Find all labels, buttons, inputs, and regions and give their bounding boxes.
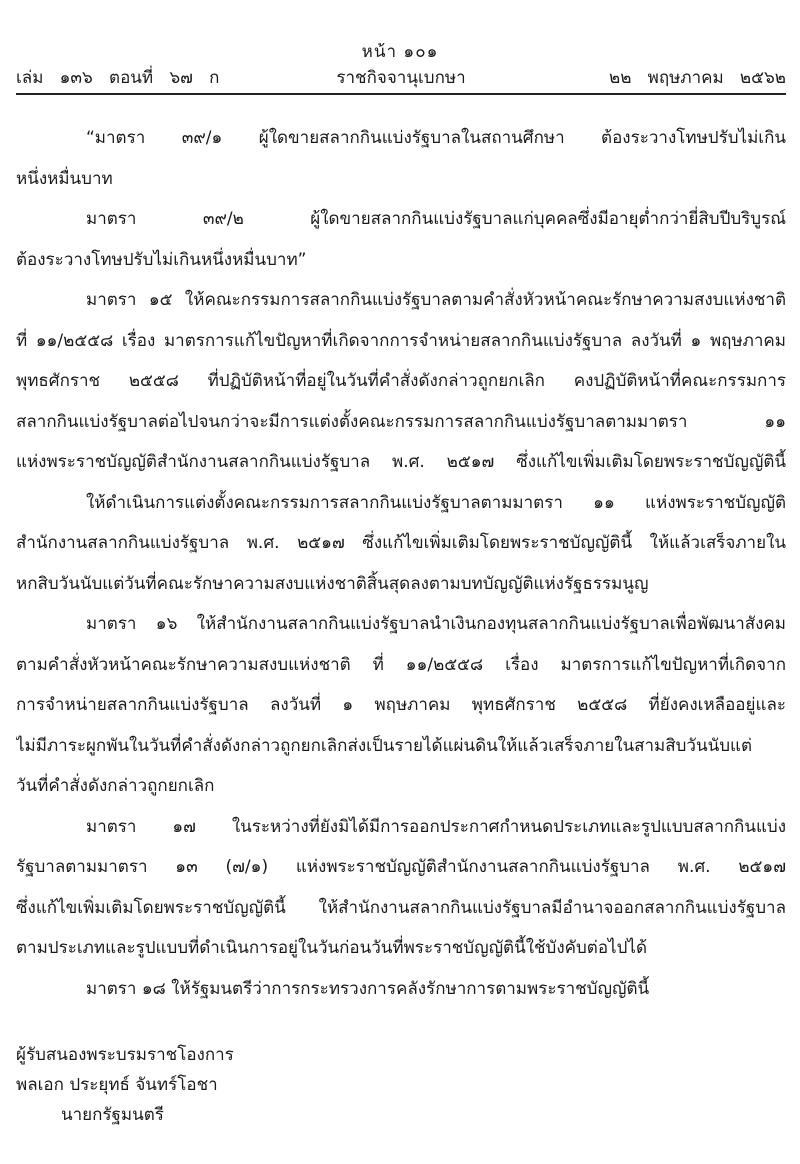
body-line: สำนักงานสลากกินแบ่งรัฐบาล พ.ศ. ๒๕๑๗ ซึ่ง… [16,523,786,564]
body-line: ที่ ๑๑/๒๕๕๘ เรื่อง มาตรการแก้ไขปัญหาที่เ… [16,321,786,362]
body-line: พุทธศักราช ๒๕๕๘ ที่ปฏิบัติหน้าที่อยู่ในว… [16,361,786,402]
body-line: รัฐบาลตามมาตรา ๑๓ (๗/๑) แห่งพระราชบัญญัต… [16,847,786,888]
signatory-name: พลเอก ประยุทธ์ จันทร์โอชา [16,1070,234,1100]
gazette-header: เล่ม ๑๓๖ ตอนที่ ๖๗ ก ราชกิจจานุเบกษา ๒๒ … [16,64,786,90]
body-line: ต้องระวางโทษปรับไม่เกินหนึ่งหมื่นบาท” [16,240,786,281]
body-line: มาตรา ๓๙/๒ ผู้ใดขายสลากกินแบ่งรัฐบาลแก่บ… [16,199,786,240]
signatory-title: นายกรัฐมนตรี [16,1100,234,1130]
body-line: ไม่มีภาระผูกพันในวันที่คำสั่งดังกล่าวถูก… [16,726,786,767]
body-line: มาตรา ๑๕ ให้คณะกรรมการสลากกินแบ่งรัฐบาลต… [16,280,786,321]
body-line: “มาตรา ๓๙/๑ ผู้ใดขายสลากกินแบ่งรัฐบาลในส… [16,118,786,159]
publication-date: ๒๒ พฤษภาคม ๒๕๖๒ [609,64,786,91]
body-line: หนึ่งหมื่นบาท [16,159,786,200]
header-divider [16,93,786,95]
body-line: มาตรา ๑๗ ในระหว่างที่ยังมิได้มีการออกประ… [16,807,786,848]
body-line: การจำหน่ายสลากกินแบ่งรัฐบาล ลงวันที่ ๑ พ… [16,685,786,726]
body-line: หกสิบวันนับแต่วันที่คณะรักษาความสงบแห่งช… [16,564,786,605]
body-line: มาตรา ๑๖ ให้สำนักงานสลากกินแบ่งรัฐบาลนำเ… [16,604,786,645]
body-line: แห่งพระราชบัญญัติสำนักงานสลากกินแบ่งรัฐบ… [16,442,786,483]
body-line: ตามประเภทและรูปแบบที่ดำเนินการอยู่ในวันก… [16,928,786,969]
body-line: สลากกินแบ่งรัฐบาลต่อไปจนกว่าจะมีการแต่งต… [16,402,786,443]
signature-block: ผู้รับสนองพระบรมราชโองการ พลเอก ประยุทธ์… [16,1040,234,1130]
countersign-label: ผู้รับสนองพระบรมราชโองการ [16,1040,234,1070]
document-body: “มาตรา ๓๙/๑ ผู้ใดขายสลากกินแบ่งรัฐบาลในส… [16,118,786,1009]
body-line: วันที่คำสั่งดังกล่าวถูกยกเลิก [16,766,786,807]
body-line: มาตรา ๑๘ ให้รัฐมนตรีว่าการกระทรวงการคลัง… [16,969,786,1010]
body-line: ให้ดำเนินการแต่งตั้งคณะกรรมการสลากกินแบ่… [16,483,786,524]
body-line: ตามคำสั่งหัวหน้าคณะรักษาความสงบแห่งชาติ … [16,645,786,686]
body-line: ซึ่งแก้ไขเพิ่มเติมโดยพระราชบัญญัตินี้ ให… [16,888,786,929]
page-number: หน้า ๑๐๑ [0,38,800,65]
